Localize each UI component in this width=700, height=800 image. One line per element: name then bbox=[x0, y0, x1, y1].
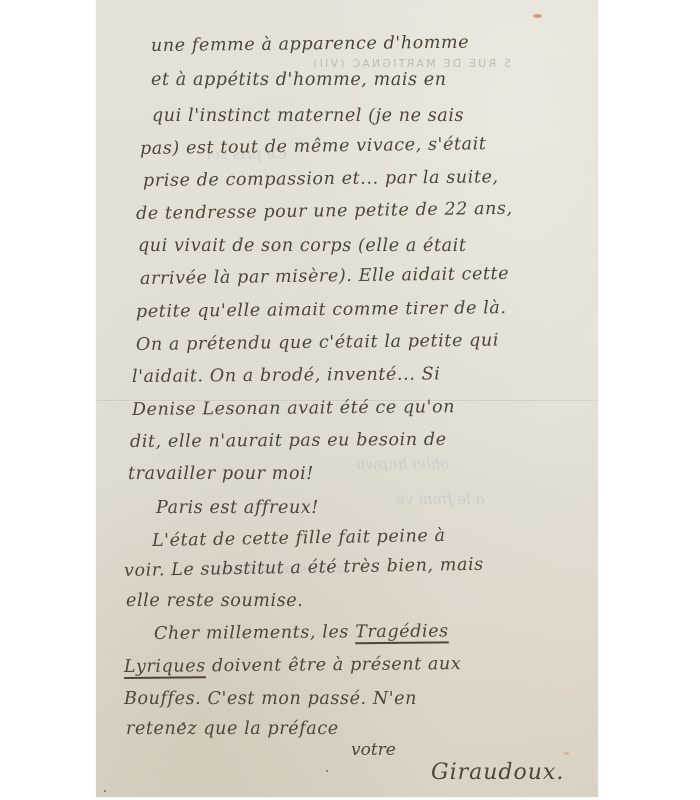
letter-line: qui l'instinct maternel (je ne sais bbox=[152, 106, 464, 126]
letter-line: Denise Lesonan avait été ce qu'on bbox=[132, 397, 455, 420]
line-text: Cher millements, les bbox=[154, 622, 355, 644]
letter-line: Lyriques doivent être à présent aux bbox=[124, 654, 462, 677]
paper-stain bbox=[533, 14, 542, 18]
letter-line: Bouffes. C'est mon passé. N'en bbox=[124, 689, 417, 709]
letter-line: une femme à apparence d'homme bbox=[151, 33, 469, 56]
letter-line: voir. Le substitut a été très bien, mais bbox=[124, 555, 484, 581]
paper-speck bbox=[104, 790, 106, 792]
letter-line: qui vivait de son corps (elle a était bbox=[138, 236, 467, 256]
page: 5 RUE DE MARTIGNAC (VII) Ce pris soi ohl… bbox=[0, 0, 700, 800]
paper-stain bbox=[564, 752, 569, 755]
closing-word: votre bbox=[351, 740, 396, 760]
paper-speck bbox=[326, 770, 328, 772]
letter-line: petite qu'elle aimait comme tirer de là. bbox=[136, 298, 507, 322]
underlined-title-word: Tragédies bbox=[355, 621, 449, 642]
letter-line: L'état de cette fille fait peine à bbox=[152, 526, 446, 551]
letter-line: elle reste soumise. bbox=[126, 591, 303, 611]
line-text: doivent être à présent aux bbox=[206, 654, 462, 676]
letterhead-show-through: 5 RUE DE MARTIGNAC (VII) bbox=[311, 57, 511, 70]
letter-line: et à appétits d'homme, mais en bbox=[151, 70, 447, 90]
letter-line: de tendresse pour une petite de 22 ans, bbox=[136, 199, 513, 224]
letter-line: arrivée là par misère). Elle aidait cett… bbox=[140, 264, 509, 289]
letter-line: pas) est tout de même vivace, s'était bbox=[140, 134, 487, 159]
underlined-title-word: Lyriques bbox=[124, 656, 206, 677]
letter-sheet: 5 RUE DE MARTIGNAC (VII) Ce pris soi ohl… bbox=[96, 0, 598, 797]
bleed-through-text: ohlei hnpwu bbox=[356, 455, 449, 473]
letter-line: retenez que la préface bbox=[126, 719, 339, 739]
letter-line: l'aidait. On a brodé, inventé... Si bbox=[132, 364, 441, 387]
letter-line: Cher millements, les Tragédies bbox=[154, 621, 449, 644]
letter-line: dit, elle n'aurait pas eu besoin de bbox=[130, 430, 447, 452]
letter-line: travailler pour moi! bbox=[128, 464, 314, 484]
bleed-through-text: a le fmni ve bbox=[396, 490, 485, 508]
letter-line: On a prétendu que c'était la petite qui bbox=[136, 331, 499, 355]
letter-line: prise de compassion et... par la suite, bbox=[143, 167, 499, 191]
letter-line: Paris est affreux! bbox=[156, 498, 319, 518]
signature: Giraudoux. bbox=[431, 760, 564, 785]
